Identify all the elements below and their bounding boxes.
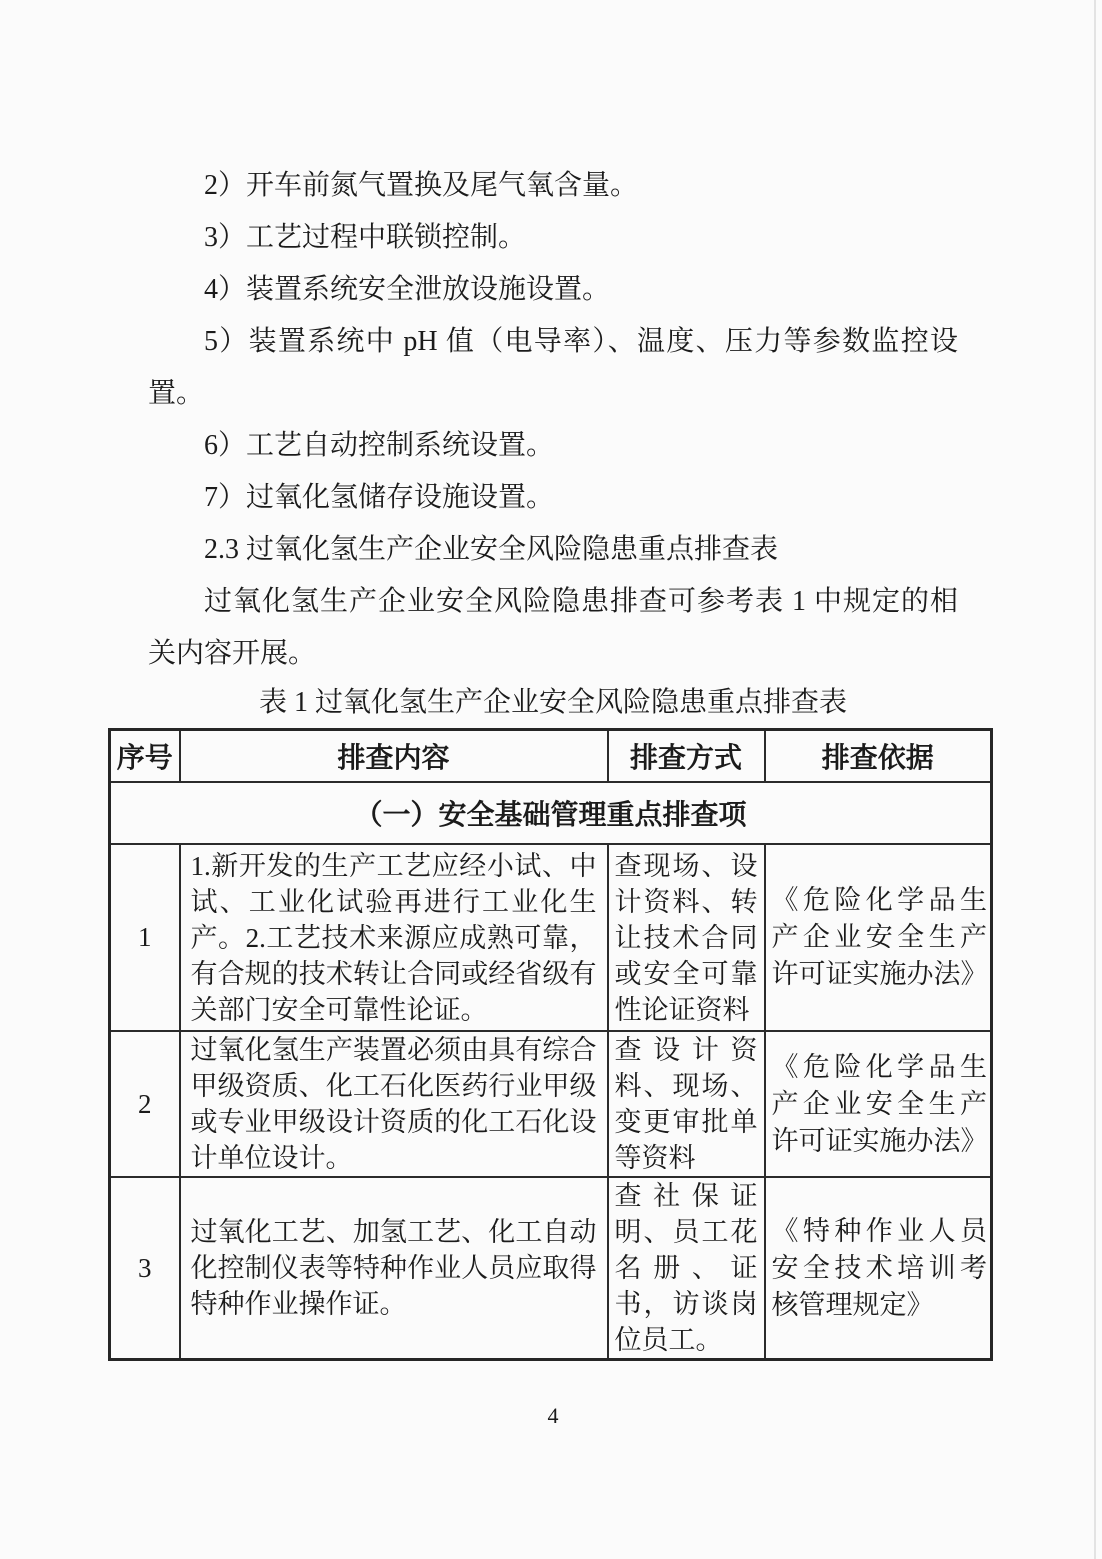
document-page: 2）开车前氮气置换及尾气氧含量。 3）工艺过程中联锁控制。 4）装置系统安全泄放… xyxy=(0,0,1102,1559)
page-number: 4 xyxy=(148,1403,958,1429)
table-caption: 表 1 过氧化氢生产企业安全风险隐患重点排查表 xyxy=(148,680,958,726)
row1-basis: 《危险化学品生产企业安全生产许可证实施办法》 xyxy=(765,844,992,1031)
table-row: 1 1.新开发的生产工艺应经小试、中试、工业化试验再进行工业化生产。2.工艺技术… xyxy=(110,844,992,1031)
row3-basis: 《特种作业人员安全技术培训考核管理规定》 xyxy=(765,1177,992,1360)
row1-serial: 1 xyxy=(110,844,180,1031)
list-item-4: 4）装置系统安全泄放设施设置。 xyxy=(148,264,958,316)
col-header-content: 排查内容 xyxy=(180,730,608,783)
row3-serial: 3 xyxy=(110,1177,180,1360)
inspection-table: 序号 排查内容 排查方式 排查依据 （一）安全基础管理重点排查项 1 1.新开发… xyxy=(108,728,993,1361)
list-item-6: 6）工艺自动控制系统设置。 xyxy=(148,420,958,472)
row3-method: 查社保证明、员工花名册、证书，访谈岗位员工。 xyxy=(608,1177,765,1360)
table-row: 2 过氧化氢生产装置必须由具有综合甲级资质、化工石化医药行业甲级或专业甲级设计资… xyxy=(110,1031,992,1177)
table-section-title: （一）安全基础管理重点排查项 xyxy=(110,782,992,844)
table-row: 3 过氧化工艺、加氢工艺、化工自动化控制仪表等特种作业人员应取得特种作业操作证。… xyxy=(110,1177,992,1360)
table-header-row: 序号 排查内容 排查方式 排查依据 xyxy=(110,730,992,783)
row2-basis: 《危险化学品生产企业安全生产许可证实施办法》 xyxy=(765,1031,992,1177)
document-content: 2）开车前氮气置换及尾气氧含量。 3）工艺过程中联锁控制。 4）装置系统安全泄放… xyxy=(0,0,1102,1429)
row3-content: 过氧化工艺、加氢工艺、化工自动化控制仪表等特种作业人员应取得特种作业操作证。 xyxy=(180,1177,608,1360)
list-item-3: 3）工艺过程中联锁控制。 xyxy=(148,212,958,264)
col-header-method: 排查方式 xyxy=(608,730,765,783)
col-header-basis: 排查依据 xyxy=(765,730,992,783)
list-item-7: 7）过氧化氢储存设施设置。 xyxy=(148,472,958,524)
row1-method: 查现场、设计资料、转让技术合同或安全可靠性论证资料 xyxy=(608,844,765,1031)
intro-paragraph: 过氧化氢生产企业安全风险隐患排查可参考表 1 中规定的相关内容开展。 xyxy=(148,576,958,680)
row2-method: 查设计资料、现场、变更审批单等资料 xyxy=(608,1031,765,1177)
list-item-2: 2）开车前氮气置换及尾气氧含量。 xyxy=(148,160,958,212)
scan-edge-artifact xyxy=(1094,0,1096,1559)
table-section-row: （一）安全基础管理重点排查项 xyxy=(110,782,992,844)
list-item-5: 5）装置系统中 pH 值（电导率）、温度、压力等参数监控设置。 xyxy=(148,316,958,420)
row2-serial: 2 xyxy=(110,1031,180,1177)
section-heading-2-3: 2.3 过氧化氢生产企业安全风险隐患重点排查表 xyxy=(148,524,958,576)
col-header-serial: 序号 xyxy=(110,730,180,783)
row1-content: 1.新开发的生产工艺应经小试、中试、工业化试验再进行工业化生产。2.工艺技术来源… xyxy=(180,844,608,1031)
row2-content: 过氧化氢生产装置必须由具有综合甲级资质、化工石化医药行业甲级或专业甲级设计资质的… xyxy=(180,1031,608,1177)
